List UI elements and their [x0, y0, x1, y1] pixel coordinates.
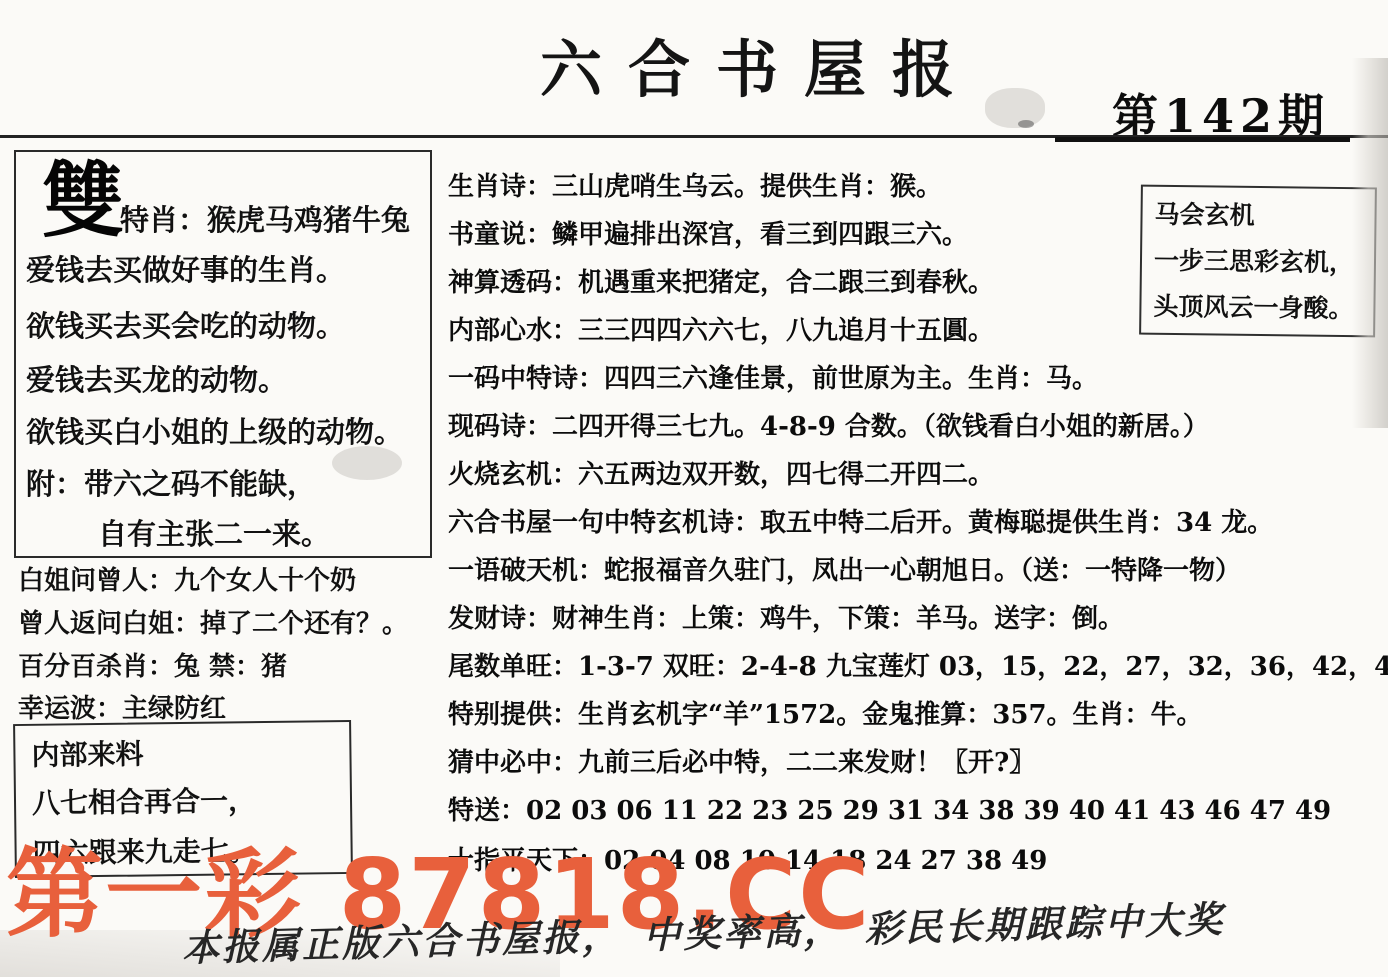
main-line-fortune-poem: 发财诗：财神生肖：上策：鸡牛，下策：羊马。送字：倒。 [448, 598, 1124, 635]
rbox-line: 头顶风云一身酸。 [1153, 287, 1353, 325]
note-line: 曾人返问白姐：掉了二个还有？。 [18, 603, 408, 640]
box1-line: 爱钱去买龙的动物。 [26, 358, 287, 399]
rbox-line: 一步三思彩玄机， [1154, 241, 1354, 279]
box2-line: 八七相合再合一， [32, 779, 256, 822]
horse-club-mystery-box: 马会玄机 一步三思彩玄机， 头顶风云一身酸。 [1139, 185, 1377, 338]
scan-edge-strip [1352, 58, 1388, 428]
main-line-fire-mystery: 火烧玄机：六五两边双开数，四七得二开四二。 [448, 454, 994, 491]
main-line-guess-hit: 猜中必中：九前三后必中特，二二来发财！〖开?〗 [448, 742, 1035, 779]
note-line: 幸运波：主绿防红 [18, 688, 226, 725]
main-line-current-code: 现码诗：二四开得三七九。4-8-9 合数。（欲钱看白小姐的新居。） [448, 406, 1209, 443]
double-character: 雙 [42, 160, 124, 242]
box1-line: 附：带六之码不能缺， [26, 462, 316, 503]
newspaper-page: 六合书屋报 第142期 雙 特肖：猴虎马鸡猪牛兔 爱钱去买做好事的生肖。 欲钱买… [0, 0, 1388, 977]
box1-line: 自有主张二一来。 [98, 512, 330, 553]
main-line-special-offer: 特别提供：生肖玄机字“羊”1572。金鬼推算：357。生肖：牛。 [448, 694, 1203, 731]
main-line-house-poem: 六合书屋一句中特玄机诗：取五中特二后开。黄梅聪提供生肖：34 龙。 [448, 502, 1273, 539]
main-line-internal-water: 内部心水：三三四四六六七，八九追月十五圓。 [448, 310, 994, 347]
main-line-tail-numbers: 尾数单旺：1-3-7 双旺：2-4-8 九宝莲灯 03，15，22，27，32，… [448, 646, 1388, 683]
special-zodiac-box: 雙 特肖：猴虎马鸡猪牛兔 爱钱去买做好事的生肖。 欲钱买去买会吃的动物。 爱钱去… [14, 150, 432, 558]
main-line-book-boy: 书童说：鳞甲遍排出深宫，看三到四跟三六。 [448, 214, 968, 251]
note-line: 白姐问曾人：九个女人十个奶 [18, 560, 356, 597]
main-line-heaven-secret: 一语破天机：蛇报福音久驻门，凤出一心朝旭日。（送：一特降一物） [448, 550, 1241, 587]
note-line: 百分百杀肖：兔 禁：猪 [18, 646, 287, 683]
page-title: 六合书屋报 [540, 20, 980, 109]
scan-smudge [332, 446, 402, 480]
box1-line: 爱钱去买做好事的生肖。 [26, 248, 345, 289]
rbox-line: 马会玄机 [1154, 195, 1254, 232]
header-divider-dark-segment [1055, 137, 1350, 142]
special-zodiac-line: 特肖：猴虎马鸡猪牛兔 [120, 198, 410, 239]
main-line-special-send: 特送：02 03 06 11 22 23 25 29 31 34 38 39 4… [448, 790, 1331, 827]
box1-line: 欲钱买去买会吃的动物。 [26, 304, 345, 345]
main-line-zodiac-poem: 生肖诗：三山虎哨生乌云。提供生肖：猴。 [448, 166, 942, 203]
main-line-one-code-poem: 一码中特诗：四四三六逢佳景，前世原为主。生肖：马。 [448, 358, 1098, 395]
main-line-divine-code: 神算透码：机遇重来把猪定，合二跟三到春秋。 [448, 262, 994, 299]
scan-smudge [985, 88, 1045, 128]
box1-line: 欲钱买白小姐的上级的动物。 [26, 410, 403, 451]
box2-line: 内部来料 [31, 732, 143, 773]
scan-smudge [1018, 120, 1034, 128]
